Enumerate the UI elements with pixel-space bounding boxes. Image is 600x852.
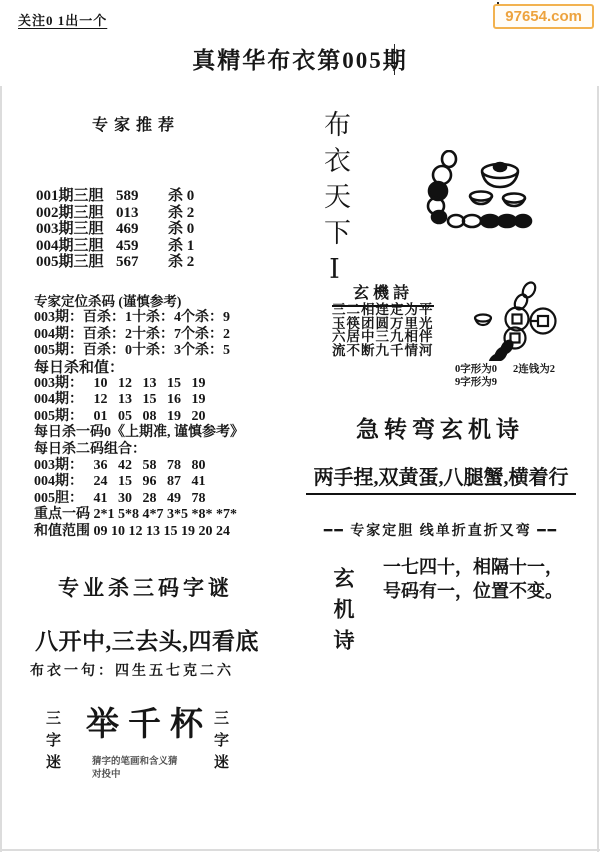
row-period: 002期三胆 xyxy=(36,205,116,222)
poem-line: 三二相连定为平 xyxy=(332,303,434,317)
row-kill: 杀 0 xyxy=(168,188,194,205)
daily-kill-two-row: 005胆： 41 30 28 49 78 xyxy=(34,491,244,507)
xuanji-vertical-title: 玄机诗 xyxy=(328,567,358,660)
table-row: 002期三胆013杀 2 xyxy=(36,205,194,222)
daily-kill-sum-row: 005期： 01 05 08 19 20 xyxy=(34,409,244,425)
row-period: 001期三胆 xyxy=(36,188,116,205)
row-dan: 567 xyxy=(116,254,168,271)
table-row: 005期三胆567杀 2 xyxy=(36,254,194,271)
bottom-xuanji-text: 一七四十，相隔十一， 号码有一，位置不变。 xyxy=(383,555,563,603)
row-dan: 469 xyxy=(116,221,168,238)
site-watermark[interactable]: 97654.com xyxy=(493,4,594,29)
sharp-turn-line: 两手捏,双黄蛋,八腿蟹,横着行 xyxy=(306,461,576,495)
right-scan-edge xyxy=(597,86,599,852)
bottom-scan-edge xyxy=(0,849,600,851)
sharp-turn-heading: 急转弯玄机诗 xyxy=(308,411,572,444)
daily-kill-one-line: 每日杀一码0《上期准, 谨慎参考》 xyxy=(34,425,244,441)
dash-decoration: ━━ xyxy=(537,524,558,539)
kill-numbers-block: 专家定位杀码 (谨慎参考) 003期：百杀：1十杀：4个杀：9 004期：百杀：… xyxy=(34,294,244,540)
position-kill-row: 003期：百杀：1十杀：4个杀：9 xyxy=(34,310,244,326)
expert-dingdan-line: ━━ 专家定胆 线单折直折又弯 ━━ xyxy=(306,520,576,540)
buyi-tianxia-vertical-title: 布衣天下Ⅰ xyxy=(320,110,350,294)
coin-caption: 2连钱为2 xyxy=(513,361,555,376)
coin-caption: 9字形为9 xyxy=(455,374,497,389)
row-kill: 杀 2 xyxy=(168,254,194,271)
dingdan-text: 专家定胆 线单折直折又弯 xyxy=(350,524,532,539)
table-row: 003期三胆469杀 0 xyxy=(36,221,194,238)
table-row: 004期三胆459杀 1 xyxy=(36,238,194,255)
buyi-sentence: 布衣一句：四生五七克二六 xyxy=(30,660,234,680)
xuanji-line: 号码有一，位置不变。 xyxy=(383,579,563,603)
page-title: 真精华布衣第005期 xyxy=(0,42,600,75)
key-one-line: 重点一码 2*1 5*8 4*7 3*5 *8* *7* xyxy=(34,507,244,523)
row-period: 004期三胆 xyxy=(36,238,116,255)
daily-kill-two-heading: 每日杀二码组合： xyxy=(34,442,244,458)
xuanji-line: 一七四十，相隔十一， xyxy=(383,555,563,579)
position-kill-row: 004期：百杀：2十杀：7个杀：2 xyxy=(34,327,244,343)
poem-line: 六居中三九相伴 xyxy=(332,330,434,344)
three-char-answer: 举千杯 xyxy=(86,698,212,745)
position-kill-row: 005期：百杀：0十杀：3个杀：5 xyxy=(34,343,244,359)
expert-dan-table: 001期三胆589杀 0 002期三胆013杀 2 003期三胆469杀 0 0… xyxy=(36,188,194,271)
top-note: 关注0 1出一个 xyxy=(18,10,107,29)
row-period: 005期三胆 xyxy=(36,254,116,271)
three-char-label-left: 三字迷 xyxy=(42,710,63,776)
sum-range-line: 和值范围 09 10 12 13 15 19 20 24 xyxy=(34,524,244,540)
left-scan-edge xyxy=(0,86,2,852)
note-line: 猜字的笔画和含义猜 xyxy=(92,756,178,769)
three-char-note: 猜字的笔画和含义猜 对投中 xyxy=(92,756,178,782)
row-dan: 459 xyxy=(116,238,168,255)
riddle-line: 八开中,三去头,四看底 xyxy=(22,623,272,656)
row-dan: 013 xyxy=(116,205,168,222)
xuanji-poem: 三二相连定为平 玉筷团圆万里光 六居中三九相伴 流不断九千情河 xyxy=(332,303,434,357)
poem-line: 流不断九千情河 xyxy=(332,344,434,358)
daily-kill-two-row: 004期： 24 15 96 87 41 xyxy=(34,474,244,490)
note-line: 对投中 xyxy=(92,769,178,782)
daily-kill-sum-heading: 每日杀和值： xyxy=(34,360,244,376)
buyi-tip-sheet: 关注0 1出一个 97654.com 真精华布衣第005期 专家推荐 001期三… xyxy=(0,0,600,852)
riddle-heading: 专业杀三码字谜 xyxy=(28,572,263,602)
three-char-label-right: 三字迷 xyxy=(210,710,231,776)
daily-kill-sum-row: 003期： 10 12 13 15 19 xyxy=(34,376,244,392)
expert-recommend-heading: 专家推荐 xyxy=(92,112,180,135)
row-kill: 杀 2 xyxy=(168,205,194,222)
position-kill-heading: 专家定位杀码 (谨慎参考) xyxy=(34,294,244,310)
row-dan: 589 xyxy=(116,188,168,205)
coins-drawing xyxy=(466,281,564,361)
row-kill: 杀 1 xyxy=(168,238,194,255)
ingots-and-beads-drawing xyxy=(410,150,538,230)
dash-decoration: ━━ xyxy=(324,524,345,539)
table-row: 001期三胆589杀 0 xyxy=(36,188,194,205)
daily-kill-two-row: 003期： 36 42 58 78 80 xyxy=(34,458,244,474)
row-kill: 杀 0 xyxy=(168,221,194,238)
row-period: 003期三胆 xyxy=(36,221,116,238)
daily-kill-sum-row: 004期： 12 13 15 16 19 xyxy=(34,392,244,408)
